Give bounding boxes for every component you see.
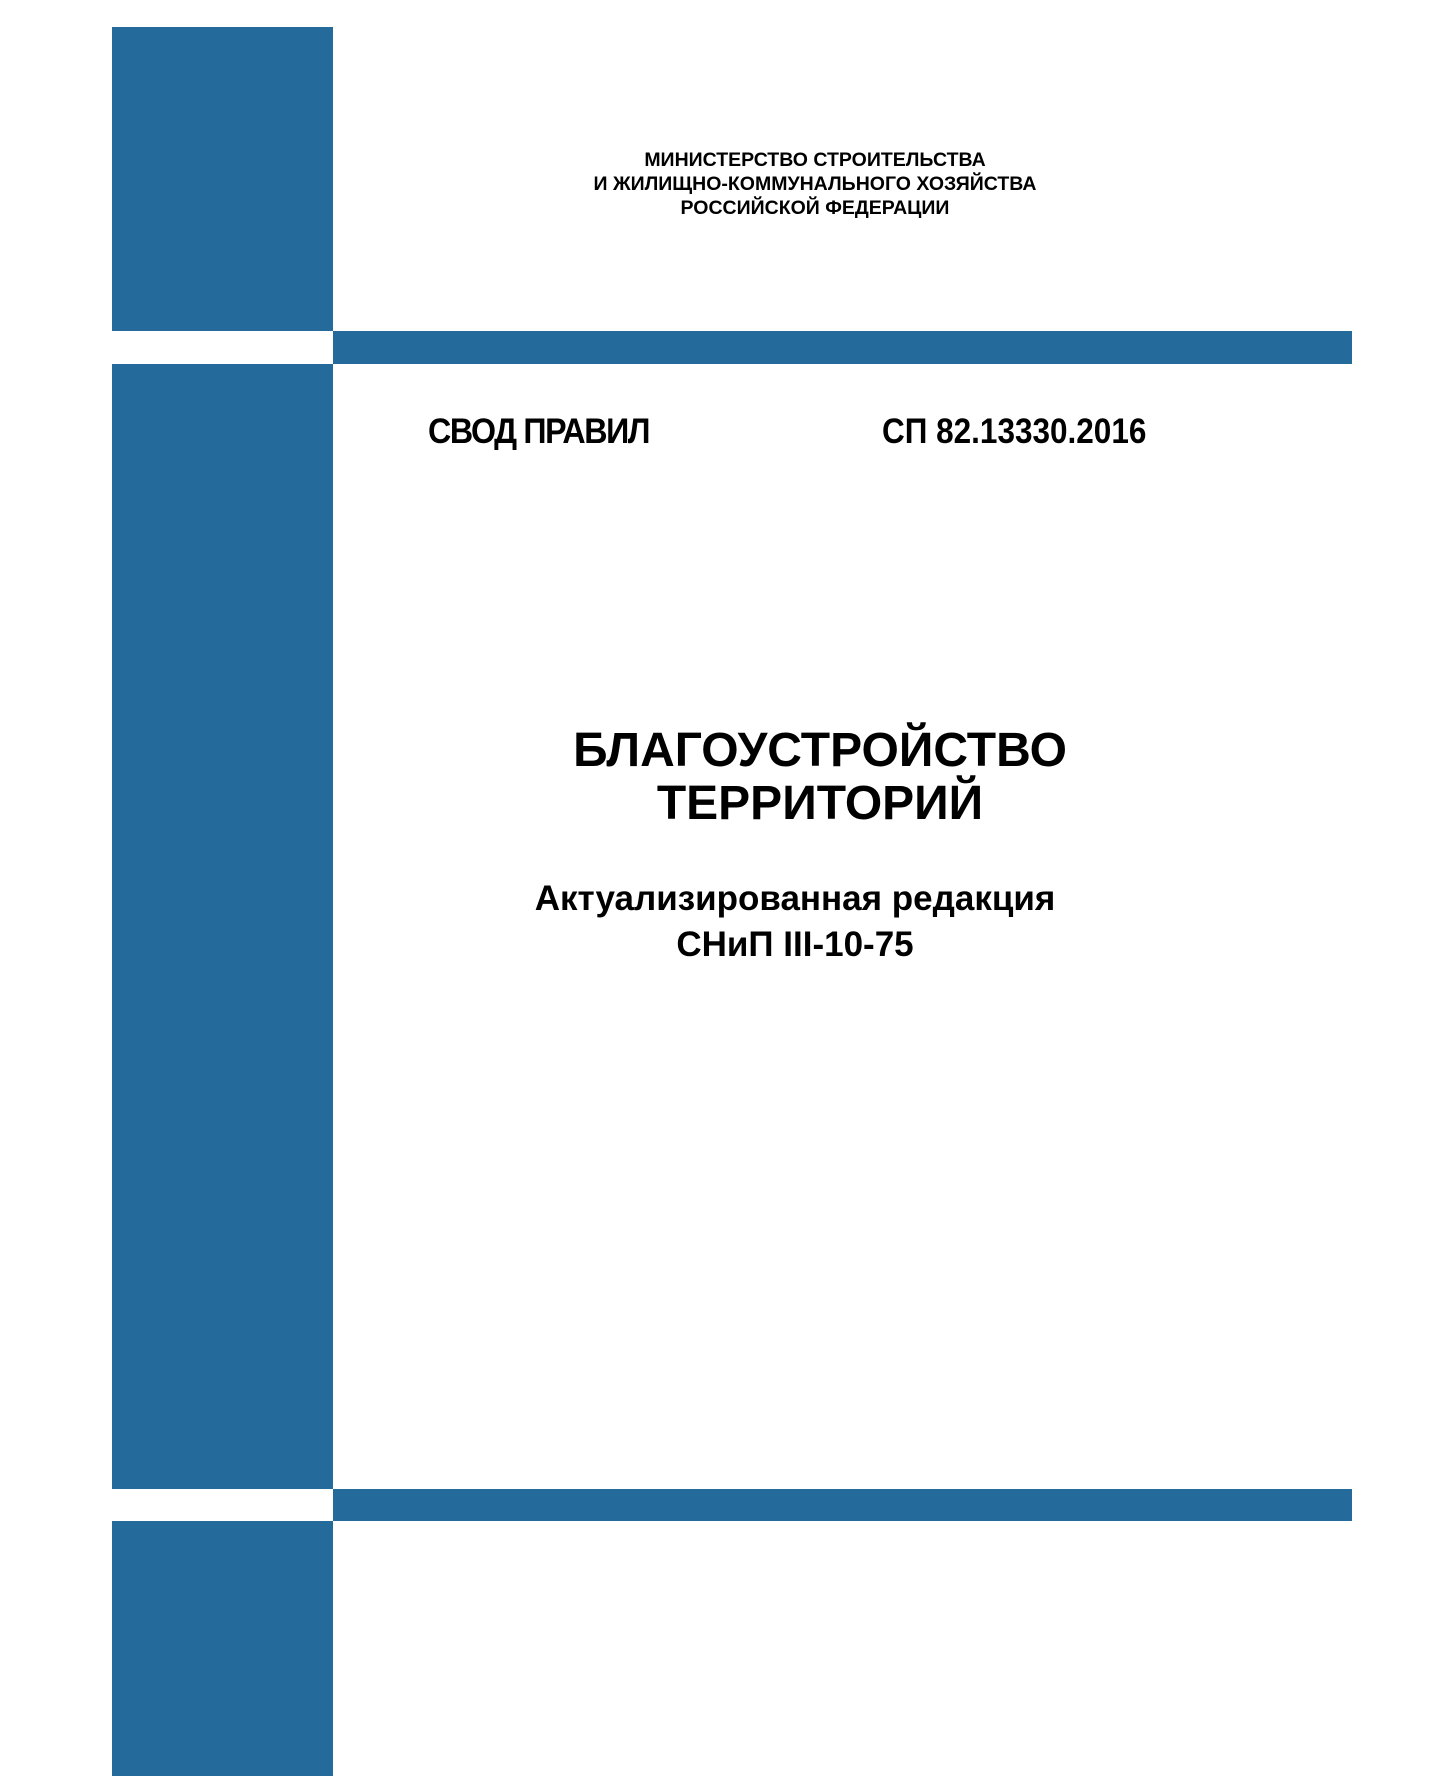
document-subtitle: Актуализированная редакция СНиП III-10-7…: [490, 876, 1100, 968]
decorative-vertical-bar-middle: [112, 364, 333, 1489]
subtitle-line: СНиП III-10-75: [490, 922, 1100, 968]
document-title: БЛАГОУСТРОЙСТВО ТЕРРИТОРИЙ: [520, 724, 1120, 830]
ministry-heading: МИНИСТЕРСТВО СТРОИТЕЛЬСТВА И ЖИЛИЩНО-КОМ…: [500, 148, 1130, 220]
decorative-horizontal-bar-top: [333, 331, 1352, 364]
ministry-line: И ЖИЛИЩНО-КОММУНАЛЬНОГО ХОЗЯЙСТВА: [500, 172, 1130, 196]
decorative-vertical-bar-top: [112, 27, 333, 331]
title-line: ТЕРРИТОРИЙ: [520, 777, 1120, 830]
ministry-line: РОССИЙСКОЙ ФЕДЕРАЦИИ: [500, 196, 1130, 220]
title-line: БЛАГОУСТРОЙСТВО: [520, 724, 1120, 777]
document-code: СП 82.13330.2016: [882, 408, 1146, 456]
decorative-vertical-bar-bottom: [112, 1521, 333, 1776]
series-label: СВОД ПРАВИЛ: [428, 408, 649, 456]
decorative-horizontal-bar-bottom: [333, 1489, 1352, 1521]
subtitle-line: Актуализированная редакция: [490, 876, 1100, 922]
ministry-line: МИНИСТЕРСТВО СТРОИТЕЛЬСТВА: [500, 148, 1130, 172]
